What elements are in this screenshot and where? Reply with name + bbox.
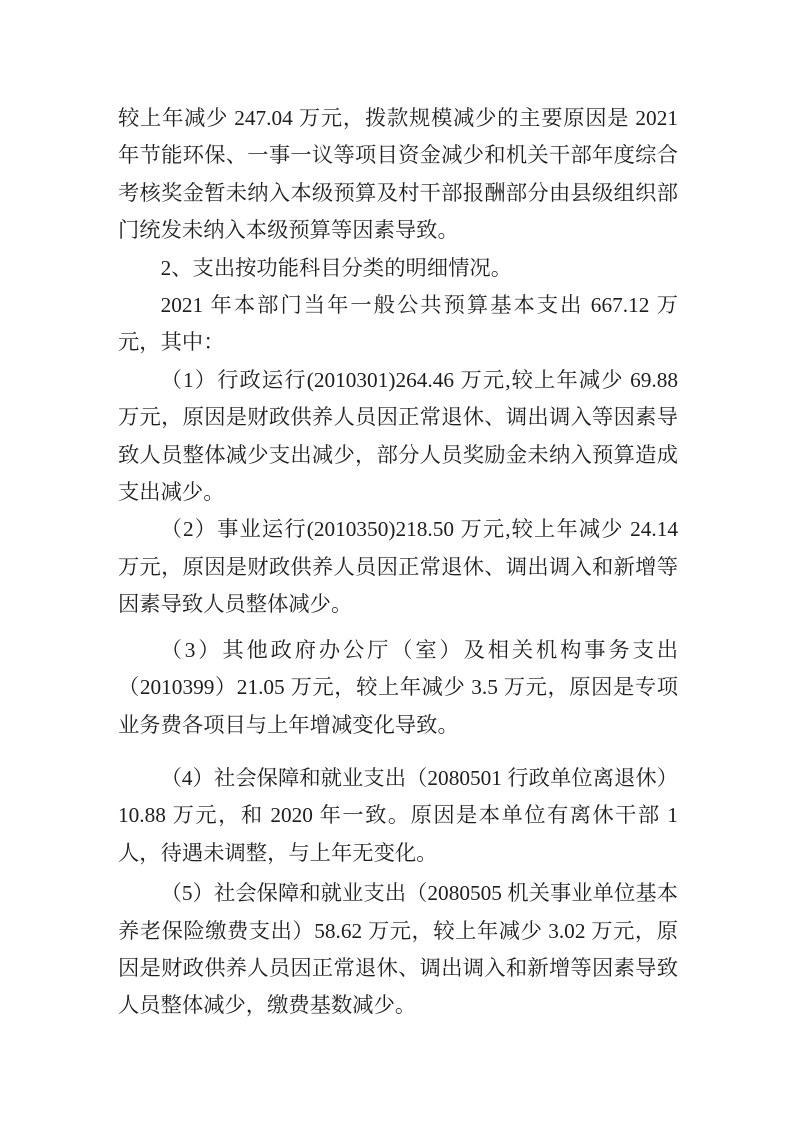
item-1-administrative-operation: （1）行政运行(2010301)264.46 万元,较上年减少 69.88 万元…	[118, 362, 678, 512]
item-4-social-security-retirement: （4）社会保障和就业支出（2080501 行政单位离退休）10.88 万元，和 …	[118, 760, 678, 872]
item-3-other-government-office-affairs: （3）其他政府办公厅（室）及相关机构事务支出（2010399）21.05 万元，…	[118, 632, 678, 744]
item-2-institutional-operation: （2）事业运行(2010350)218.50 万元,较上年减少 24.14 万元…	[118, 511, 678, 623]
total-basic-expenditure: 2021 年本部门当年一般公共预算基本支出 667.12 万元，其中：	[118, 287, 678, 362]
section-heading: 2、支出按功能科目分类的明细情况。	[118, 250, 678, 287]
carryover-paragraph: 较上年减少 247.04 万元，拨款规模减少的主要原因是 2021 年节能环保、…	[118, 100, 678, 250]
item-5-social-security-pension-contribution: （5）社会保障和就业支出（2080505 机关事业单位基本养老保险缴费支出）58…	[118, 875, 678, 1025]
document-page: 较上年减少 247.04 万元，拨款规模减少的主要原因是 2021 年节能环保、…	[0, 0, 793, 1122]
